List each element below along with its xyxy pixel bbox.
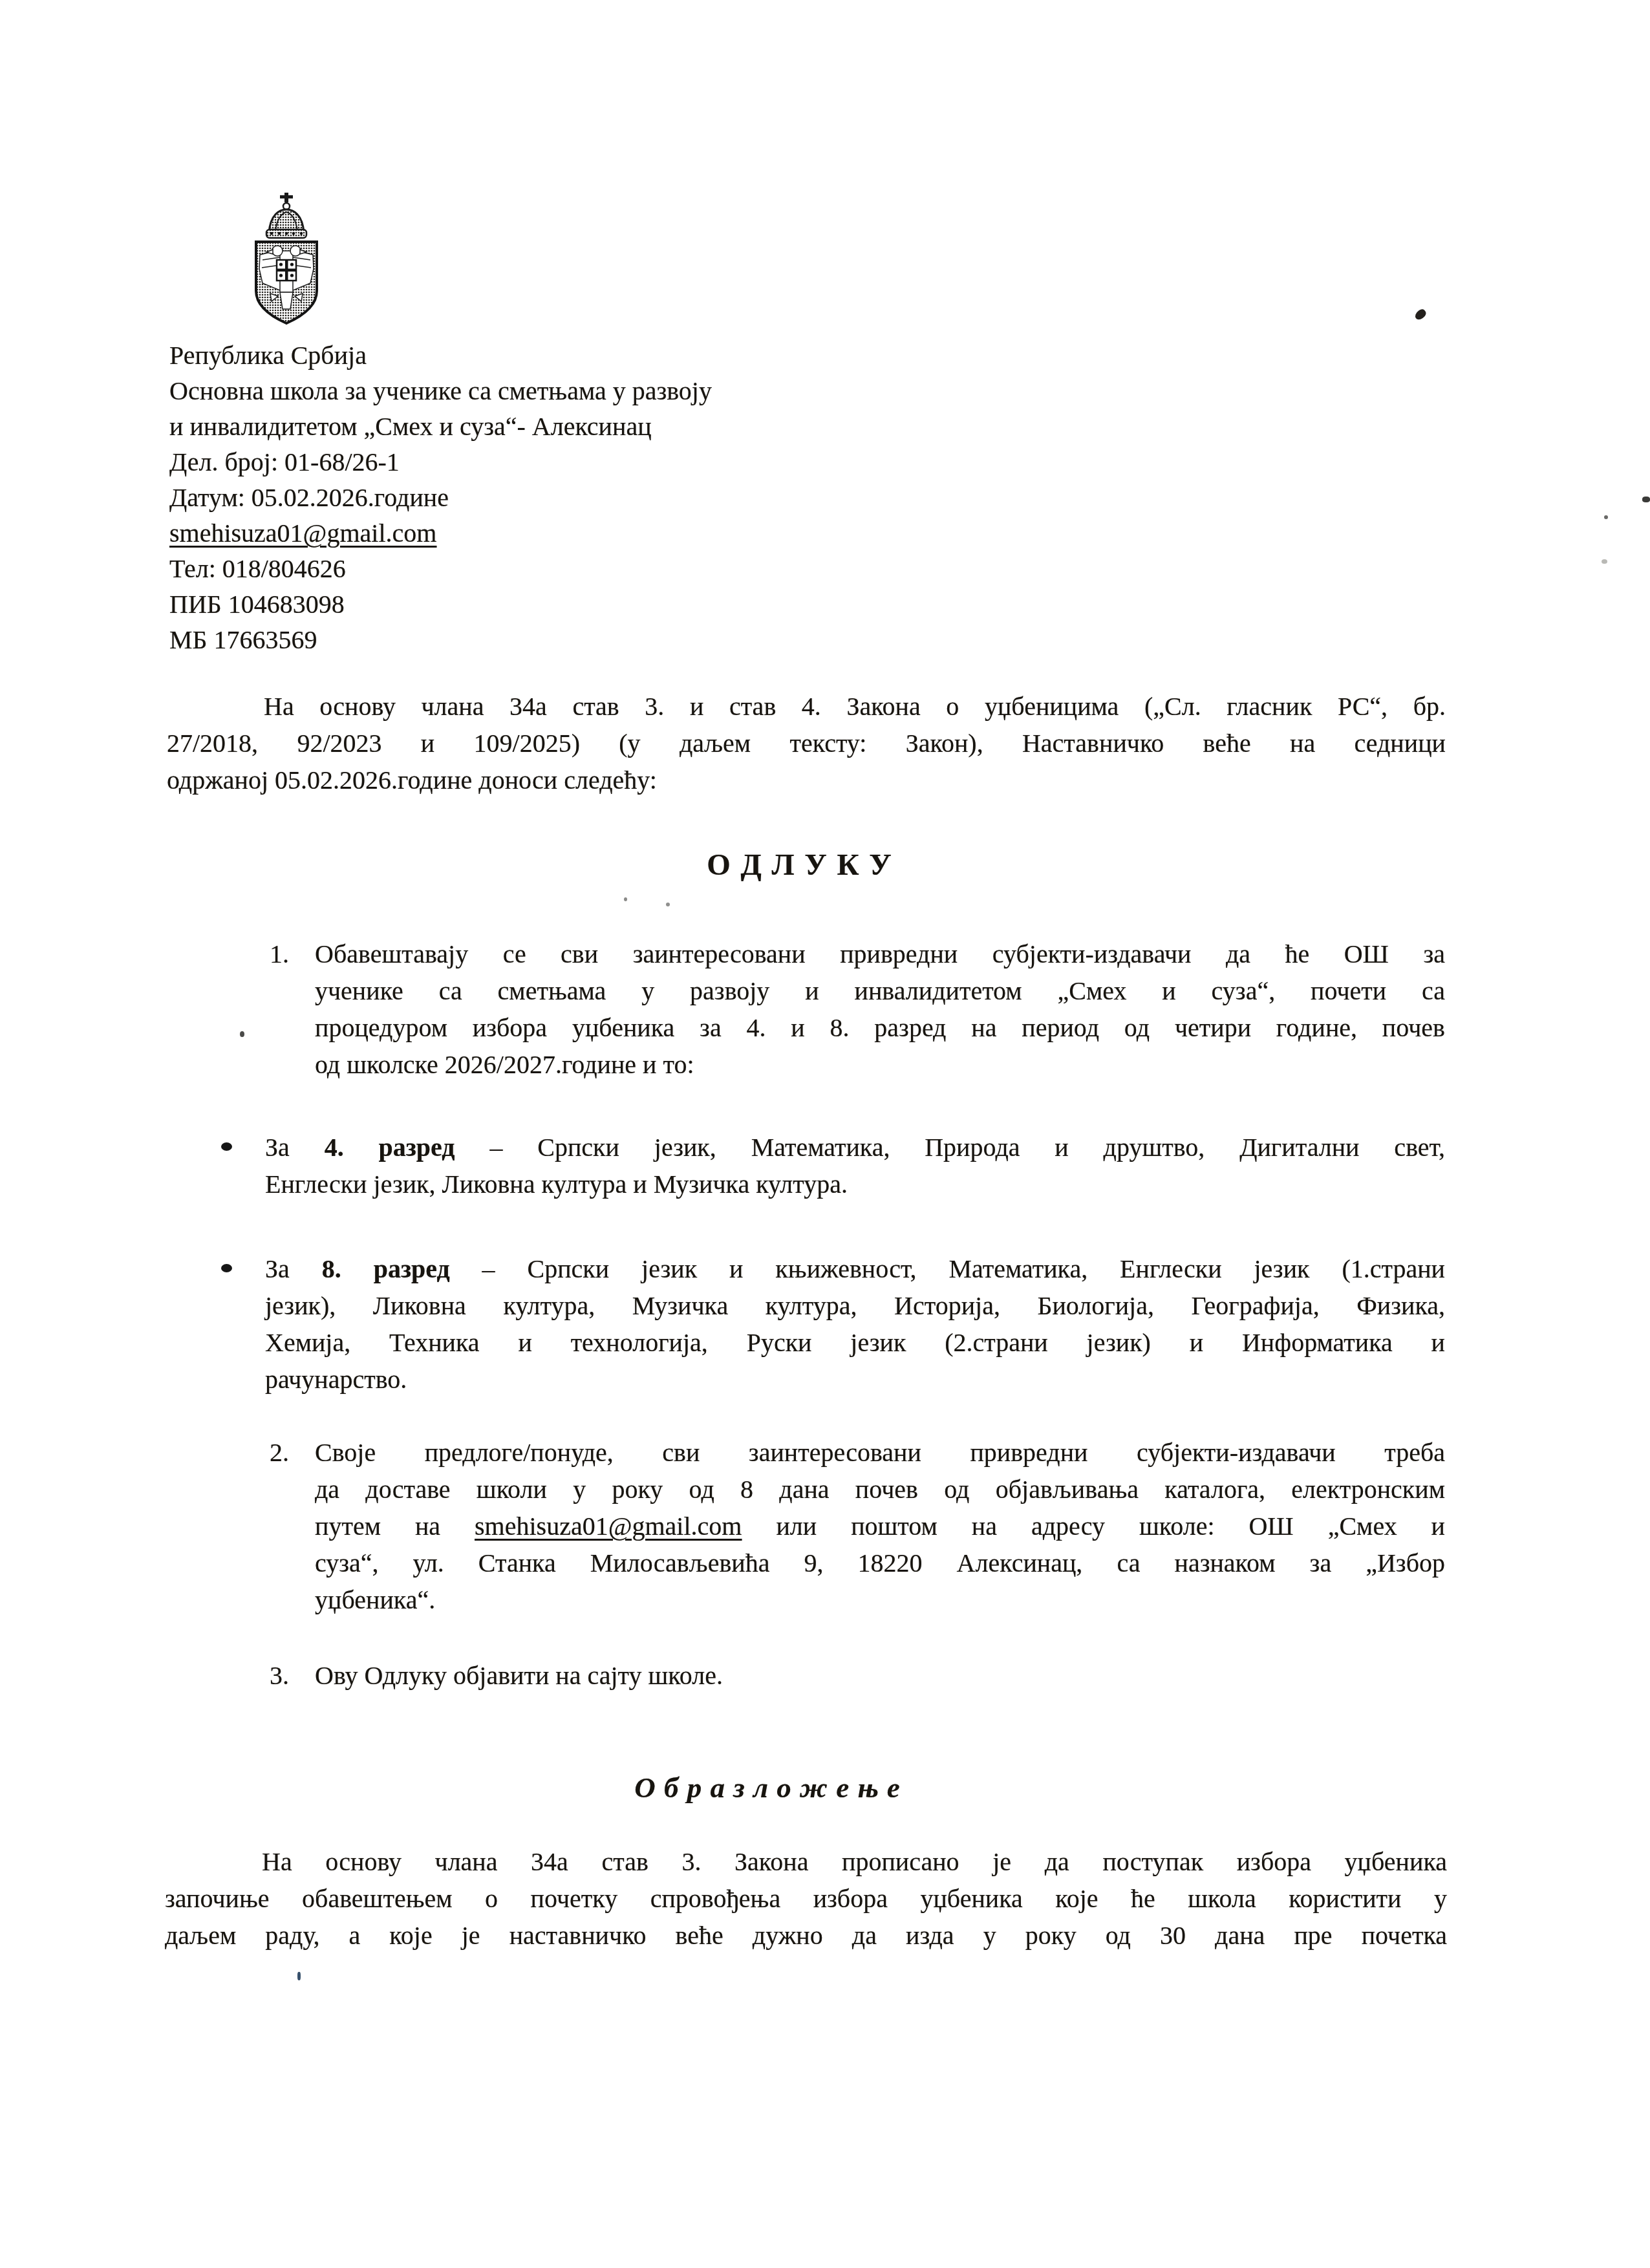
item-2-number: 2. xyxy=(270,1434,289,1471)
grade-8-line-4: рачунарство. xyxy=(265,1361,1445,1398)
scan-speck xyxy=(297,1972,301,1980)
grade-8-line-3: Хемија, Техника и технологија, Руски јез… xyxy=(265,1324,1445,1361)
letterhead-date: Датум: 05.02.2026.године xyxy=(169,480,712,515)
item-2-line-3-pre: путем на xyxy=(315,1512,475,1541)
letterhead-mb: МБ 17663569 xyxy=(169,622,712,658)
grade-8-pre: За xyxy=(265,1254,322,1283)
letterhead-school-name-line1: Основна школа за ученике са сметњама у р… xyxy=(169,373,712,409)
letterhead-country: Република Србија xyxy=(169,337,712,373)
bullet-icon xyxy=(221,1264,232,1272)
letterhead-school-name-line2: и инвалидитетом „Смех и суза“- Алексинац xyxy=(169,409,712,444)
intro-line-3: одржаној 05.02.2026.године доноси следећ… xyxy=(167,762,1446,798)
item-3-number: 3. xyxy=(270,1657,289,1694)
letterhead-ref-number: Дел. број: 01-68/26-1 xyxy=(169,444,712,480)
grade-8-bullet: За 8. разред – Српски језик и књижевност… xyxy=(220,1250,1445,1398)
scanned-decision-page: Република Србија Основна школа за ученик… xyxy=(0,0,1650,2268)
intro-line-1: На основу члана 34а став 3. и став 4. За… xyxy=(167,688,1446,725)
grade-4-pre: За xyxy=(265,1133,325,1162)
item-3-text: Ову Одлуку објавити на сајту школе. xyxy=(315,1657,1445,1694)
intro-paragraph: На основу члана 34а став 3. и став 4. За… xyxy=(167,688,1446,798)
explanation-heading: О б р а з л о ж е њ е xyxy=(128,1769,1407,1806)
grade-4-line-2: Енглески језик, Ликовна култура и Музичк… xyxy=(265,1166,1445,1203)
scan-speck xyxy=(1602,559,1607,564)
item-2-line-2: да доставе школи у року од 8 дана почев … xyxy=(315,1471,1445,1508)
grade-8-subjects-1: – Српски језик и књижевност, Математика,… xyxy=(450,1254,1445,1283)
item-2-line-1: Своје предлоге/понуде, сви заинтересован… xyxy=(315,1434,1445,1471)
email-link[interactable]: smehisuza01@gmail.com xyxy=(475,1512,742,1541)
item-1-line-2: ученике са сметњама у развоју и инвалиди… xyxy=(315,972,1445,1009)
intro-line-2: 27/2018, 92/2023 и 109/2025) (у даљем те… xyxy=(167,725,1446,762)
scan-speck xyxy=(1413,308,1428,321)
decision-item-1: 1. Обавештавају се сви заинтересовани пр… xyxy=(270,936,1445,1083)
bullet-icon xyxy=(221,1142,232,1151)
scan-speck xyxy=(1604,515,1608,519)
scan-speck xyxy=(240,1031,244,1037)
serbia-coat-of-arms-icon xyxy=(251,193,323,330)
item-1-number: 1. xyxy=(270,936,289,972)
item-2-line-3-post: или поштом на адресу школе: ОШ „Смех и xyxy=(742,1512,1445,1541)
letterhead-email-line: smehisuza01@gmail.com xyxy=(169,515,712,551)
scan-speck xyxy=(666,903,670,906)
grade-4-line-1: За 4. разред – Српски језик, Математика,… xyxy=(265,1129,1445,1166)
explanation-line-1: На основу члана 34а став 3. Закона пропи… xyxy=(165,1843,1447,1880)
letterhead-phone: Тел: 018/804626 xyxy=(169,551,712,586)
grade-8-line-2: језик), Ликовна култура, Музичка култура… xyxy=(265,1287,1445,1324)
item-1-line-3: процедуром избора уџбеника за 4. и 8. ра… xyxy=(315,1009,1445,1046)
item-2-line-3: путем на smehisuza01@gmail.com или пошто… xyxy=(315,1508,1445,1545)
decision-title: О Д Л У К У xyxy=(160,846,1439,884)
explanation-paragraph: На основу члана 34а став 3. Закона пропи… xyxy=(165,1843,1447,1954)
explanation-line-3: даљем раду, а које је наставничко веће д… xyxy=(165,1917,1447,1954)
item-2-line-5: уџбеника“. xyxy=(315,1581,1445,1618)
grade-4-label: 4. разред xyxy=(325,1133,455,1162)
scan-speck xyxy=(624,897,627,901)
grade-8-label: 8. разред xyxy=(322,1254,450,1283)
decision-item-3: 3. Ову Одлуку објавити на сајту школе. xyxy=(270,1657,1445,1694)
item-1-line-1: Обавештавају се сви заинтересовани привр… xyxy=(315,936,1445,972)
letterhead-pib: ПИБ 104683098 xyxy=(169,586,712,622)
item-1-line-4: од школске 2026/2027.године и то: xyxy=(315,1046,1445,1083)
scan-speck xyxy=(1642,497,1650,502)
decision-item-2: 2. Своје предлоге/понуде, сви заинтересо… xyxy=(270,1434,1445,1618)
item-2-line-4: суза“, ул. Станка Милосављевића 9, 18220… xyxy=(315,1545,1445,1581)
grade-4-bullet: За 4. разред – Српски језик, Математика,… xyxy=(220,1129,1445,1203)
letterhead: Република Србија Основна школа за ученик… xyxy=(169,337,712,658)
grade-4-subjects-1: – Српски језик, Математика, Природа и др… xyxy=(455,1133,1445,1162)
grade-8-line-1: За 8. разред – Српски језик и књижевност… xyxy=(265,1250,1445,1287)
email-link[interactable]: smehisuza01@gmail.com xyxy=(169,519,436,548)
explanation-line-2: започиње обавештењем о почетку спровођењ… xyxy=(165,1880,1447,1917)
